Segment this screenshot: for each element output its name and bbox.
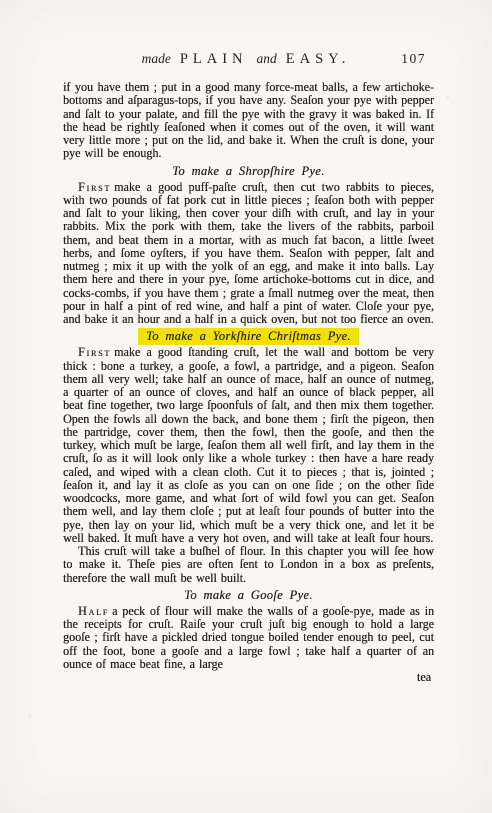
goose-paragraph: Halfa peck of flour will make the walls …: [63, 605, 434, 671]
paragraph-lead-word: First: [78, 345, 111, 359]
paragraph-text: make a good puff-paſte cruſt, then cut t…: [63, 180, 434, 327]
paragraph-lead-word: Half: [78, 604, 109, 618]
paragraph-text: make a good ſtanding cruſt, let the wall…: [63, 345, 434, 545]
section-heading-goose-pye: To make a Gooſe Pye.: [63, 588, 434, 603]
paragraph-lead-word: First: [78, 180, 111, 194]
yorkshire-paragraph-2: This cruſt will take a buſhel of flour. …: [63, 545, 434, 585]
book-page: made PLAIN and EASY. 107 if you have the…: [0, 0, 492, 813]
running-head-word-made: made: [142, 51, 171, 66]
heading-text: To make a Shropſhire Pye.: [172, 164, 324, 178]
heading-text: To make a Gooſe Pye.: [184, 588, 313, 602]
catchword: tea: [63, 671, 434, 684]
highlighted-heading-text: To make a Yorkſhire Chriſtmas Pye.: [138, 328, 359, 345]
paragraph-text: This cruſt will take a buſhel of flour. …: [63, 544, 434, 585]
yorkshire-paragraph-1: Firstmake a good ſtanding cruſt, let the…: [63, 346, 434, 545]
continuation-paragraph: if you have them ; put in a good many fo…: [63, 81, 434, 161]
section-heading-yorkshire-christmas-pye: To make a Yorkſhire Chriſtmas Pye.: [63, 329, 434, 344]
running-head-title-easy: EASY.: [286, 51, 351, 67]
running-head-title-plain: PLAIN: [180, 51, 248, 67]
running-head-word-and: and: [257, 51, 277, 66]
running-head: made PLAIN and EASY. 107: [63, 50, 434, 70]
shropshire-paragraph: Firstmake a good puff-paſte cruſt, then …: [63, 181, 434, 327]
page-body: if you have them ; put in a good many fo…: [63, 81, 434, 684]
page-number: 107: [401, 51, 426, 67]
paragraph-text: a peck of flour will make the walls of a…: [63, 604, 434, 671]
section-heading-shropshire-pye: To make a Shropſhire Pye.: [63, 164, 434, 179]
